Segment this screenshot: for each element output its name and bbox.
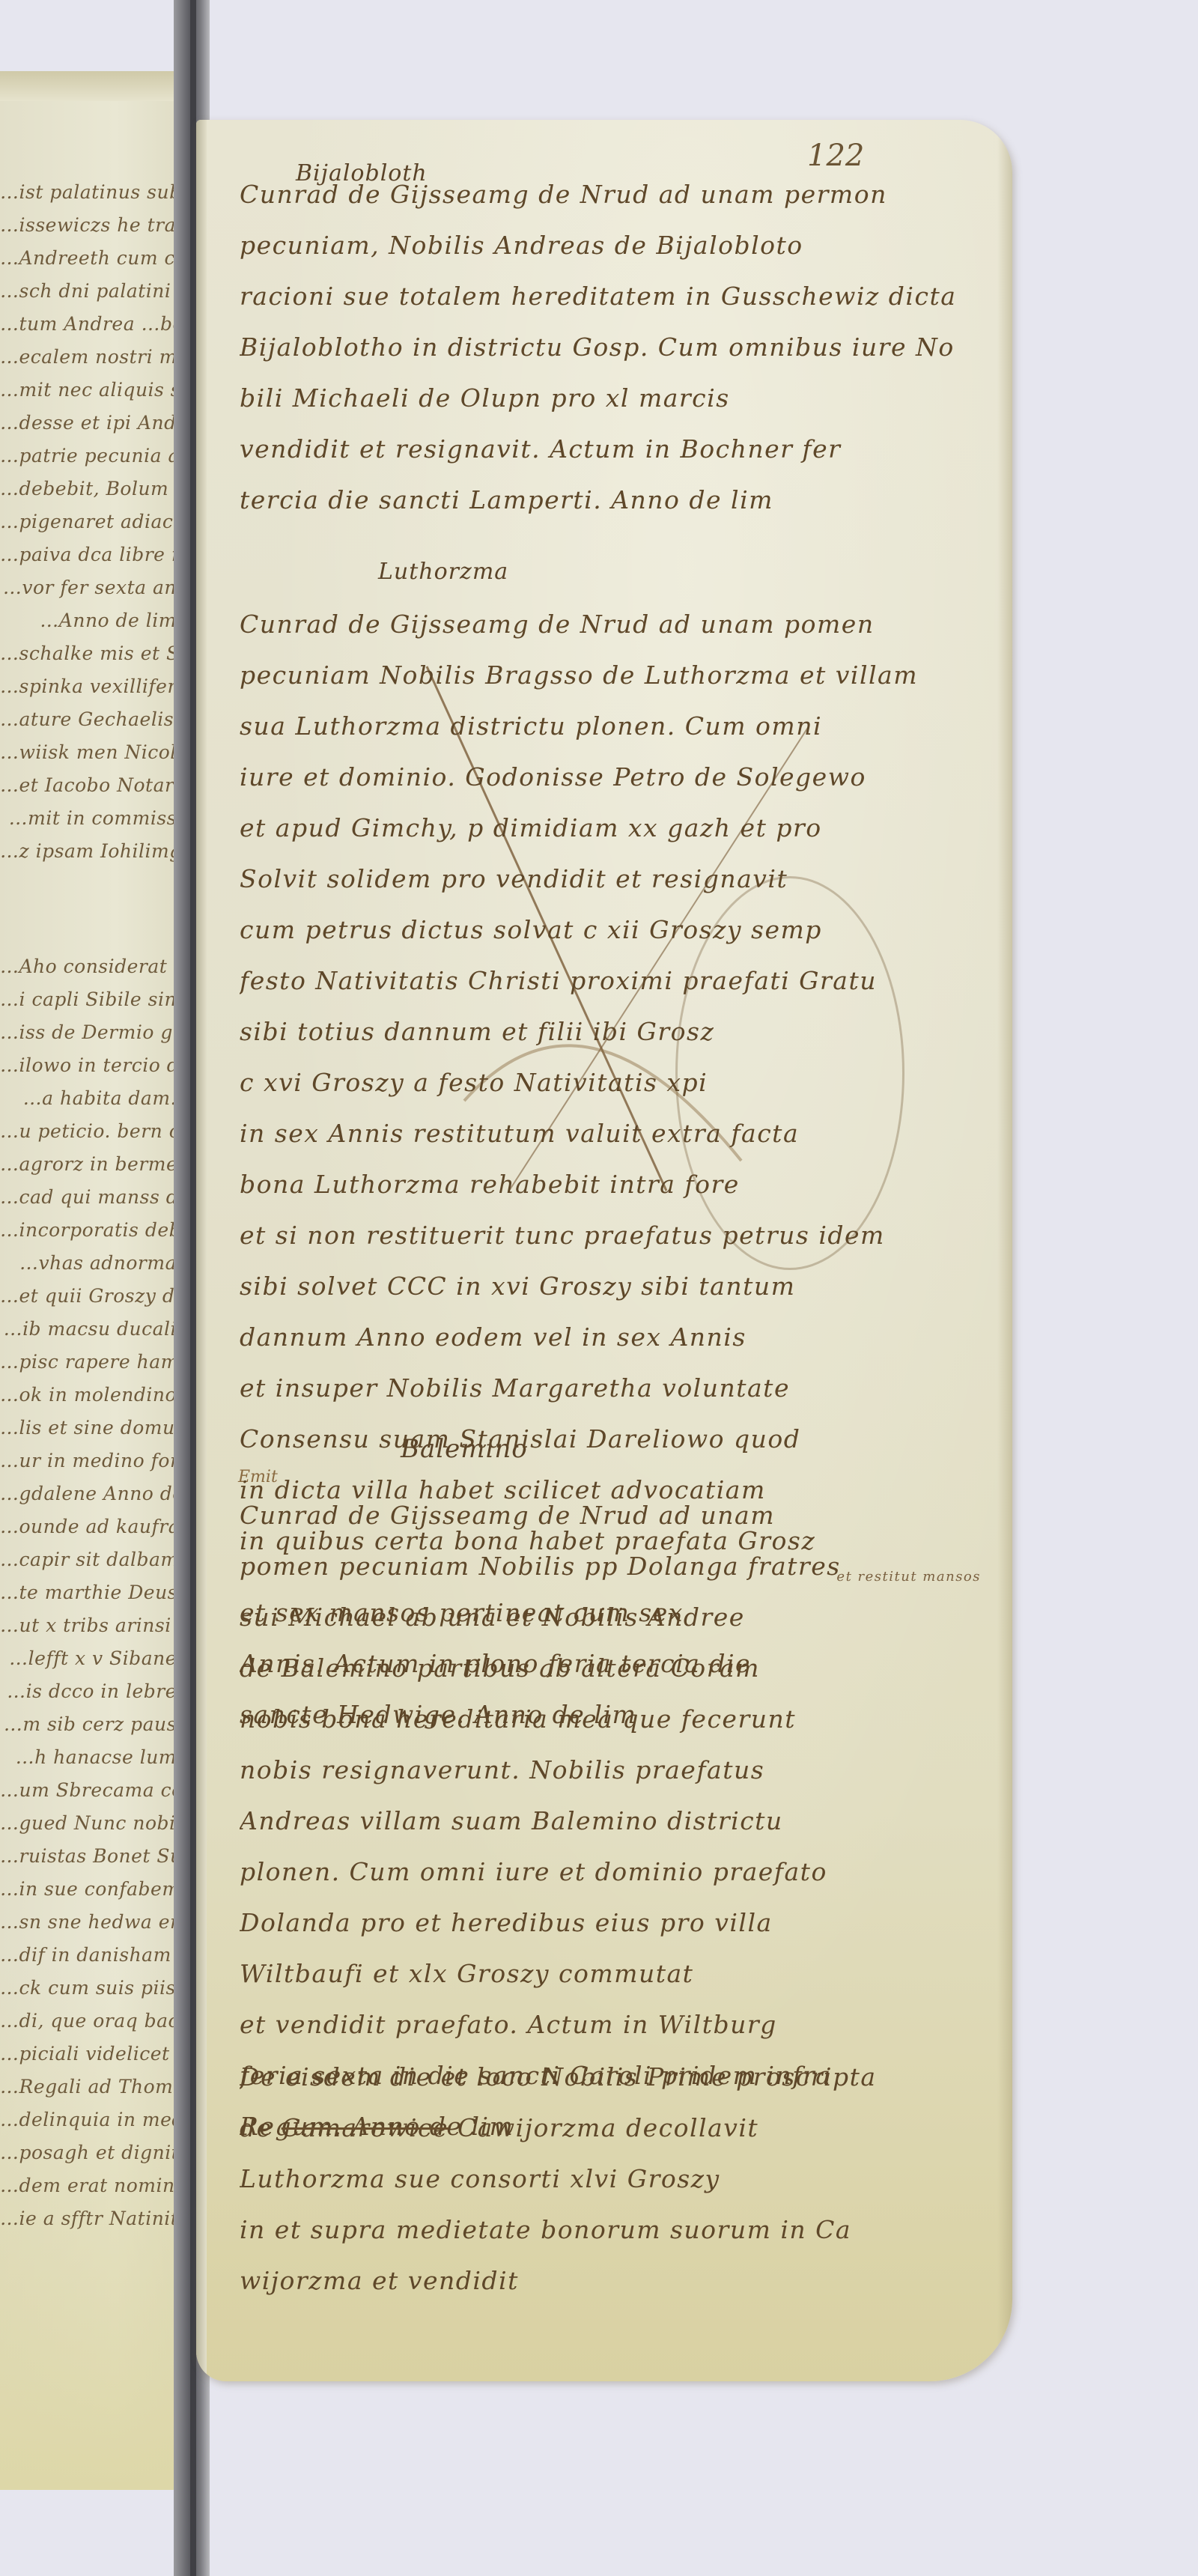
left-page-line: …pisc rapere hamo xyxy=(0,1346,187,1379)
left-page-line: …ist palatinus sub satis xyxy=(0,176,187,209)
left-page-line: …in sue confabem xyxy=(0,1873,187,1906)
left-page-line: …ie a sfftr Natinitatis xyxy=(0,2202,187,2235)
manuscript-line: sibi totius dannum et filii ibi Grosz xyxy=(240,1006,981,1057)
manuscript-line: de Balemino partibus ab altera Coram xyxy=(240,1643,981,1694)
manuscript-line: vendidit et resignavit. Actum in Bochner… xyxy=(240,424,981,475)
left-facing-page: …ist palatinus sub satis…issewiczs he tr… xyxy=(0,71,193,2490)
manuscript-line: cum petrus dictus solvat c xii Groszy se… xyxy=(240,905,981,956)
left-page-line: …posagh et dignitati xyxy=(0,2136,187,2169)
left-page-line: …cad qui manss de xyxy=(0,1181,187,1214)
manuscript-line: Cunrad de Gijsseamg de Nrud ad unam pome… xyxy=(240,599,981,650)
left-page-line: …paiva dca libre movi xyxy=(0,538,187,571)
manuscript-line: de Camarowice Cawijorzma decollavit xyxy=(240,2103,981,2154)
manuscript-line: plonen. Cum omni iure et dominio praefat… xyxy=(240,1847,981,1898)
entry-bijalobloth: Cunrad de Gijsseamg de Nrud ad unam perm… xyxy=(240,169,981,526)
page-inner-edge xyxy=(196,120,207,2381)
manuscript-line: et insuper Nobilis Margaretha voluntate xyxy=(240,1363,981,1414)
left-page-line: …ok in molendino in xyxy=(0,1379,187,1412)
manuscript-line: Luthorzma sue consorti xlvi Groszy xyxy=(240,2154,981,2205)
manuscript-line: et si non restituerit tunc praefatus pet… xyxy=(240,1210,981,1261)
left-page-line: …issewiczs he tradid xyxy=(0,209,187,242)
left-page-line: …schalke mis et Sucra xyxy=(0,637,187,670)
left-page-line: …sch dni palatini esse xyxy=(0,275,187,308)
manuscript-line: Bijaloblotho in districtu Gosp. Cum omni… xyxy=(240,322,981,373)
left-page-line: …et quii Groszy di xyxy=(0,1280,187,1313)
binding-rod xyxy=(190,0,196,2576)
manuscript-line: De eisdem die et loco Nobilis Prime pros… xyxy=(240,2052,981,2103)
left-page-line: …ecalem nostri mandar xyxy=(0,341,187,374)
manuscript-line: dannum Anno eodem vel in sex Annis xyxy=(240,1312,981,1363)
manuscript-line: tercia die sancti Lamperti. Anno de lim xyxy=(240,475,981,526)
entry-addendum: De eisdem die et loco Nobilis Prime pros… xyxy=(240,2052,981,2306)
left-page-line: …wiisk men Nicolao xyxy=(0,736,187,769)
left-page-line: …lefft x v Sibane xyxy=(0,1642,187,1675)
left-page-line: …dem erat nominat ad xyxy=(0,2169,187,2202)
left-page-line: …a habita dam. xyxy=(0,1082,187,1115)
left-page-line xyxy=(0,868,187,950)
struck-out-word: Camarowice xyxy=(282,2113,449,2142)
left-page-line: …Regali ad Thomaz xyxy=(0,2071,187,2103)
manuscript-line: c xvi Groszy a festo Nativitatis xpi xyxy=(240,1057,981,1108)
left-page-line: …desse et ipi Andree xyxy=(0,407,187,440)
manuscript-line: racioni sue totalem hereditatem in Gussc… xyxy=(240,271,981,322)
left-page-line: …u peticio. bern orha xyxy=(0,1115,187,1148)
left-page-line: …ut x tribs arinsi et xyxy=(0,1609,187,1642)
left-page-line: …et Iacobo Notario xyxy=(0,769,187,802)
left-page-line: …piciali videlicet cum xyxy=(0,2038,187,2071)
manuscript-line: pomen pecuniam Nobilis pp Dolanga fratre… xyxy=(240,1541,981,1592)
left-page-line: …te marthie Deus et xyxy=(0,1576,187,1609)
entry-heading-luthorzma: Luthorzma xyxy=(378,559,508,585)
left-page-line: …um Sbrecama consorte xyxy=(0,1774,187,1807)
manuscript-line: nobis bona hereditaria mea que fecerunt xyxy=(240,1694,981,1745)
manuscript-line: nobis resignaverunt. Nobilis praefatus xyxy=(240,1745,981,1796)
manuscript-line: Cunrad de Gijsseamg de Nrud ad unam perm… xyxy=(240,169,981,220)
manuscript-line: Andreas villam suam Balemino districtu xyxy=(240,1796,981,1847)
left-page-line: …i capli Sibile sine xyxy=(0,983,187,1016)
left-page-line: …sn sne hedwa ene xyxy=(0,1906,187,1939)
manuscript-line: pecuniam, Nobilis Andreas de Bijalobloto xyxy=(240,220,981,271)
manuscript-line: pecuniam Nobilis Bragsso de Luthorzma et… xyxy=(240,650,981,701)
left-page-line: …debebit, Bolum ad xyxy=(0,473,187,505)
left-page-line: …h hanacse lum xyxy=(0,1741,187,1774)
left-page-line: …agrorz in bermen xyxy=(0,1148,187,1181)
left-page-line: …vor fer sexta an xyxy=(0,571,187,604)
left-page-line: …vhas adnorma xyxy=(0,1247,187,1280)
page-outer-edge xyxy=(997,120,1012,2381)
left-page-line: …ruistas Bonet Sue xyxy=(0,1840,187,1873)
left-page-line: …tum Andrea …ber xyxy=(0,308,187,341)
left-page-line: …spinka vexillifero xyxy=(0,670,187,703)
manuscript-line: bona Luthorzma rehabebit intra fore xyxy=(240,1159,981,1210)
left-page-line: …delinquia in medio xyxy=(0,2103,187,2136)
left-page-line: …dif in danisham und xyxy=(0,1939,187,1972)
manuscript-line: sua Luthorzma districtu plonen. Cum omni xyxy=(240,701,981,752)
left-page-line: …Anno de lim xyxy=(0,604,187,637)
torn-page-edge xyxy=(0,71,193,101)
left-page-line: …Andreeth cum casfrm xyxy=(0,242,187,275)
manuscript-line: sui Michael ab una et Nobilis Andree xyxy=(240,1592,981,1643)
left-page-line: …ur in medino for xyxy=(0,1445,187,1477)
manuscript-line: Cunrad de Gijsseamg de Nrud ad unam xyxy=(240,1490,981,1541)
manuscript-line: Solvit solidem pro vendidit et resignavi… xyxy=(240,854,981,905)
left-page-text: …ist palatinus sub satis…issewiczs he tr… xyxy=(0,176,187,2235)
manuscript-line: Wiltbaufi et xlx Groszy commutat xyxy=(240,1948,981,1999)
manuscript-line: wijorzma et vendidit xyxy=(240,2255,981,2306)
left-page-line: …ature Gechaelis Ni xyxy=(0,703,187,736)
left-page-line: …lis et sine domus xyxy=(0,1412,187,1445)
manuscript-line: in sex Annis restitutum valuit extra fac… xyxy=(240,1108,981,1159)
left-page-line: …incorporatis deba xyxy=(0,1214,187,1247)
manuscript-line: Dolanda pro et heredibus eius pro villa xyxy=(240,1898,981,1948)
left-page-line: …gdalene Anno de lim xyxy=(0,1477,187,1510)
left-page-line: …ilowo in tercio denar xyxy=(0,1049,187,1082)
left-page-line: …pigenaret adiacie in xyxy=(0,505,187,538)
left-page-line: …z ipsam Iohilimg xyxy=(0,835,187,868)
left-page-line: …ck cum suis piis et xyxy=(0,1972,187,2005)
left-page-line: …is dcco in lebre xyxy=(0,1675,187,1708)
manuscript-line: festo Nativitatis Christi proximi praefa… xyxy=(240,956,981,1006)
manuscript-line: sibi solvet CCC in xvi Groszy sibi tantu… xyxy=(240,1261,981,1312)
left-page-line: …Aho considerat sincere xyxy=(0,950,187,983)
left-page-line: …mit nec aliquis sine xyxy=(0,374,187,407)
manuscript-line: et apud Gimchy, p dimidiam xx gazh et pr… xyxy=(240,803,981,854)
manuscript-line: bili Michaeli de Olupn pro xl marcis xyxy=(240,373,981,424)
left-page-line: …iss de Dermio grad xyxy=(0,1016,187,1049)
left-page-line: …gued Nunc nobili xyxy=(0,1807,187,1840)
folio-number: 122 xyxy=(807,139,864,173)
manuscript-line: Consensu suam Stanislai Dareliowo quod xyxy=(240,1414,981,1465)
left-page-line: …mit in commiss xyxy=(0,802,187,835)
left-page-line: …capir sit dalbam xyxy=(0,1543,187,1576)
left-page-line: …ounde ad kaufra per xyxy=(0,1510,187,1543)
manuscript-line: iure et dominio. Godonisse Petro de Sole… xyxy=(240,752,981,803)
left-page-line: …di, que oraq bacia xyxy=(0,2005,187,2038)
manuscript-line: in et supra medietate bonorum suorum in … xyxy=(240,2205,981,2255)
manuscript-line: et vendidit praefato. Actum in Wiltburg xyxy=(240,1999,981,2050)
left-page-line: …m sib cerz paus xyxy=(0,1708,187,1741)
left-page-line: …ib macsu ducali xyxy=(0,1313,187,1346)
left-page-line: …patrie pecunia ad xyxy=(0,440,187,473)
